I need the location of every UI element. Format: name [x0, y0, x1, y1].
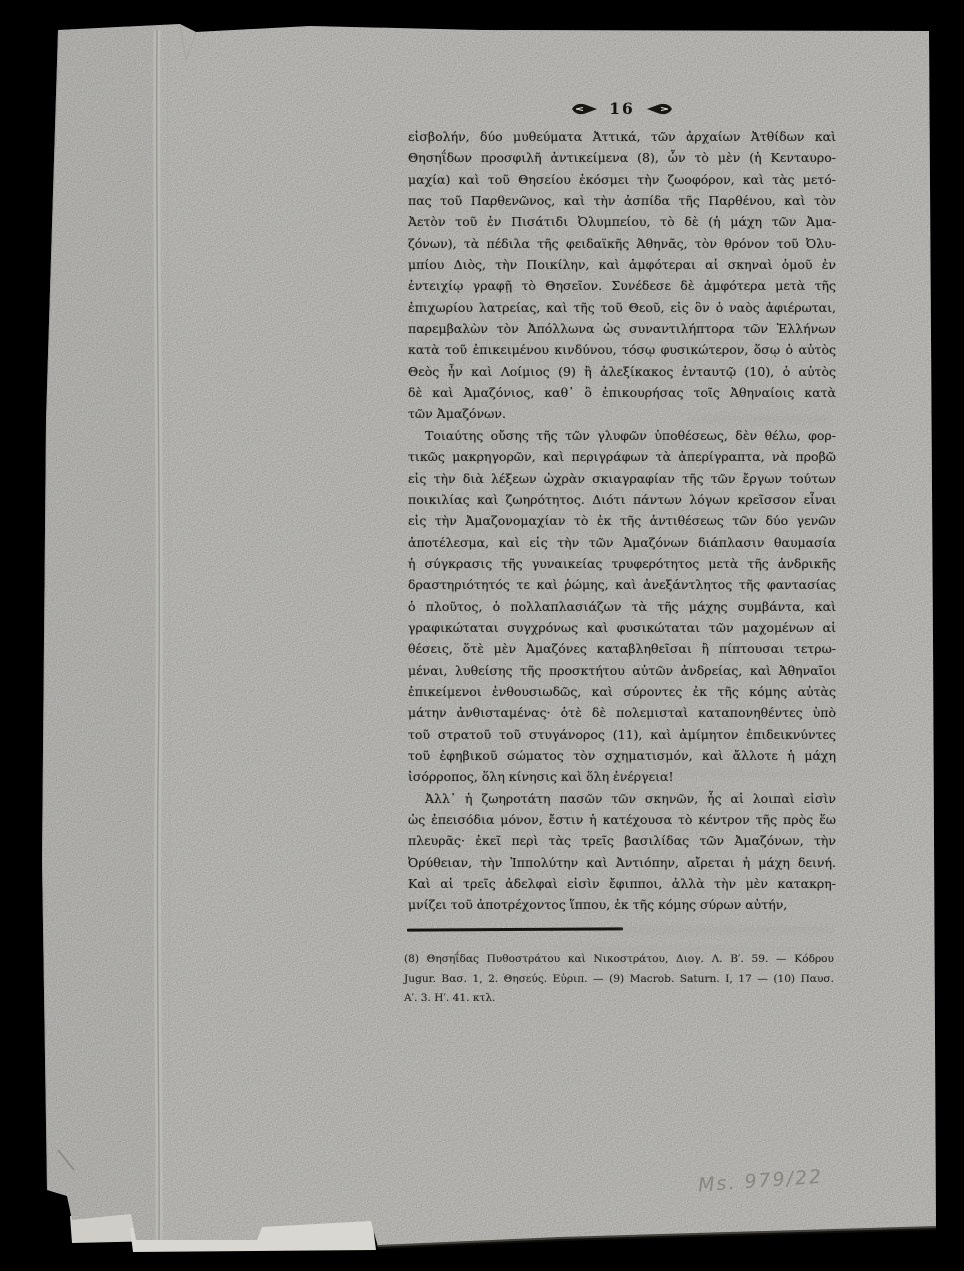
footnote: (8) Θησηΐδας Πυθοστράτου καὶ Νικοστράτου…	[404, 950, 834, 1009]
text-line: δραστηριότητός τε καὶ ῥώμης, καὶ ἀνεξάντ…	[408, 574, 836, 595]
text-line: (8) Θησηΐδας Πυθοστράτου καὶ Νικοστράτου…	[404, 950, 834, 970]
text-line: θέσεις, ὅτὲ μὲν Ἀμαζόνες καταβληθεῖσαι ἢ…	[408, 638, 836, 659]
text-line: μαχία) καὶ τοῦ Θησείου ἐκόσμει τὴν ζωοφό…	[408, 169, 836, 190]
text-line: Ὀρύθειαν, τὴν Ἱππολύτην καὶ Ἀντιόπην, αἴ…	[408, 852, 836, 873]
text-line: Jugur. Βασ. 1, 2. Θησεύς. Εὐριπ. — (9) M…	[404, 970, 834, 990]
text-line: ὡς ἐπεισόδια μόνον, ἔστιν ἡ κατέχουσα τὸ…	[408, 809, 836, 830]
paragraph: Τοιαύτης οὔσης τῆς τῶν γλυφῶν ὑποθέσεως,…	[408, 425, 836, 788]
page-header: 16	[408, 99, 836, 118]
text-line: Ἀλλ᾽ ἡ ζωηροτάτη πασῶν τῶν σκηνῶν, ἧς αἱ…	[408, 788, 836, 809]
text-line: Θεὸς ἦν καὶ Λοίμιος (9) ἢ ἀλεξίκακος ἐντ…	[408, 361, 836, 382]
bleedthrough-smudge	[618, 927, 833, 934]
bleedthrough-smudge	[600, 792, 832, 798]
text-line: μνίζει τοῦ ἀποτρέχοντος ἵππου, ἐκ τῆς κό…	[408, 894, 836, 915]
text-line: ἐπικείμενοι ἐνθουσιωδῶς, καὶ σύροντες ἐκ…	[408, 681, 836, 702]
text-line: πας τοῦ Παρθενῶνος, καὶ τὴν ἀσπίδα τῆς Π…	[408, 190, 836, 211]
text-line: μέναι, λυθείσης τῆς προσκτήτου αὐτῶν ἀνδ…	[408, 660, 836, 681]
text-line: δὲ καὶ Ἀμαζόνιος, καθ᾽ ὃ ἐπικουρήσας τοῖ…	[408, 382, 836, 403]
text-line: ἀποτέλεσμα, καὶ εἰς τὴν τῶν Ἀμαζόνων διά…	[408, 532, 836, 553]
text-line: ἐντειχίῳ γραφῇ τὸ Θησεῖον. Συνέδεσε δὲ ἀ…	[408, 275, 836, 296]
text-line: εἰς τὴν διὰ λέξεων ὠχρὰν σκιαγραφίαν τῆς…	[408, 468, 836, 489]
text-line: ποικιλίας καὶ ζωηρότητος. Διότι πάντων λ…	[408, 489, 836, 510]
text-line: ἐπιχωρίου λατρείας, καὶ τῆς τοῦ Θεοῦ, εἰ…	[408, 297, 836, 318]
paragraph: Ἀλλ᾽ ἡ ζωηροτάτη πασῶν τῶν σκηνῶν, ἧς αἱ…	[408, 788, 836, 916]
fleuron-left-icon	[646, 103, 673, 115]
text-line: μπίου Διὸς, τὴν Ποικίλην, καὶ ἀμφότεραι …	[408, 254, 836, 275]
text-line: παρεμβαλὼν τὸν Ἀπόλλωνα ὡς συναντιλήπτορ…	[408, 318, 836, 339]
text-line: ζόνων), τὰ πέδιλα τῆς φειδαϊκῆς Ἀθηνᾶς, …	[408, 233, 836, 254]
page-number: 16	[609, 99, 635, 118]
text-line: εἰσβολήν, δύο μυθεύματα Ἀττικά, τῶν ἀρχα…	[408, 126, 836, 147]
text-line: κατὰ τοῦ ἐπικειμένου κινδύνου, τόσῳ φυσι…	[408, 339, 836, 360]
text-line: τικῶς μακρηγορῶν, καὶ περιγράφων τὰ ἀπερ…	[408, 446, 836, 467]
bleedthrough-smudge	[556, 770, 832, 777]
fleuron-right-icon	[571, 103, 598, 115]
text-line: γραφικώταται συγχρόνως καὶ φυσικώταται τ…	[408, 617, 836, 638]
gutter-shading	[42, 24, 158, 1254]
text-line: ὁ πλοῦτος, ὁ πολλαπλασιάζων τὰ τῆς μάχης…	[408, 596, 836, 617]
bleedthrough-smudge	[688, 416, 830, 423]
text-line: Ἀετὸν τοῦ ἐν Πισάτιδι Ὀλυμπείου, τὸ δὲ (…	[408, 211, 836, 232]
text-line: Καὶ αἱ τρεῖς ἀδελφαὶ εἰσὶν ἔφιπποι, ἀλλὰ…	[408, 873, 836, 894]
text-line: μάτην ἀνθισταμένας· ὁτὲ δὲ πολεμισταὶ κα…	[408, 702, 836, 723]
text-line: πλευρᾶς· ἐκεῖ περὶ τὰς τρεῖς βασιλίδας τ…	[408, 830, 836, 851]
paragraph: εἰσβολήν, δύο μυθεύματα Ἀττικά, τῶν ἀρχα…	[408, 126, 836, 425]
text-line: τοῦ ἐφηβικοῦ σώματος τὸν σχηματισμόν, κα…	[408, 745, 836, 766]
text-line: Α′. 3. Η′. 41. κτλ.	[404, 989, 834, 1009]
text-line: Τοιαύτης οὔσης τῆς τῶν γλυφῶν ὑποθέσεως,…	[408, 425, 836, 446]
bleedthrough-smudge	[560, 946, 830, 952]
scanned-book-page: 16 εἰσβολήν, δύο μυθεύματα Ἀττικά, τῶν ἀ…	[0, 0, 964, 1271]
text-line: εἰς τὴν Ἀμαζονομαχίαν τὸ ἐκ τῆς ἀντιθέσε…	[408, 510, 836, 531]
text-line: Θησηΐδων προσφιλῆ ἀντικείμενα (8), ὧν τὸ…	[408, 147, 836, 168]
text-line: τοῦ στρατοῦ τοῦ στυγάνορος (11), καὶ ἀμί…	[408, 724, 836, 745]
text-line: ἡ σύγκρασις τῆς γυναικείας τρυφερότητος …	[408, 553, 836, 574]
